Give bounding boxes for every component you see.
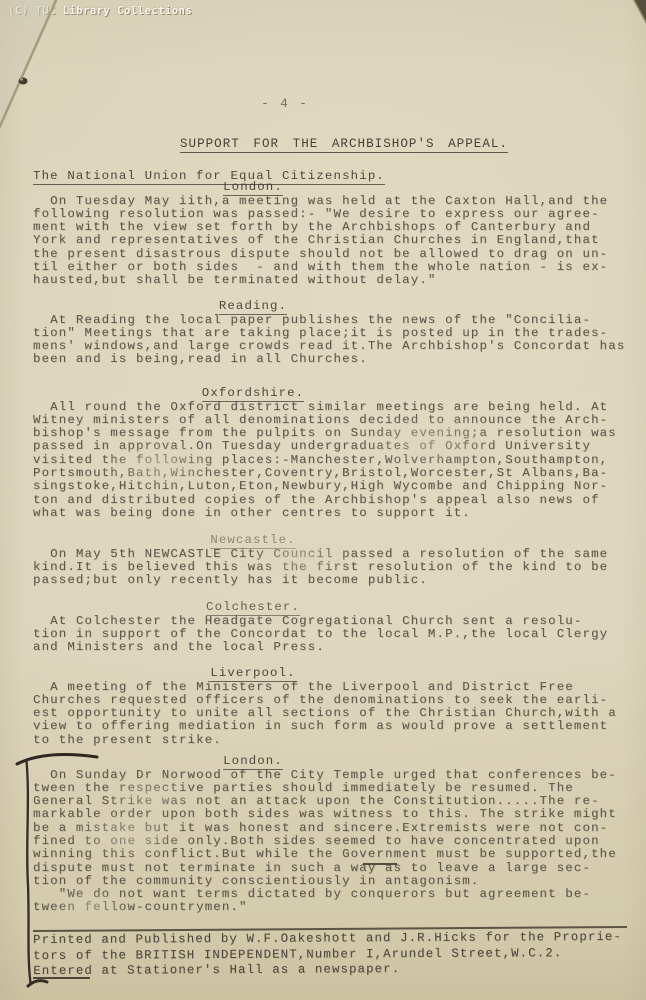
section-body: At Colchester the Headgate Cogregational… [33, 615, 633, 655]
page-number: - 4 - [0, 97, 570, 111]
pen-bracket-hook [28, 981, 47, 986]
section-body: On Sunday Dr Norwood of the City Temple … [33, 769, 633, 915]
page-corner-edge [633, 0, 646, 24]
section-newcastle: Newcastle. On May 5th NEWCASTLE City Cou… [33, 533, 633, 587]
pen-bracket-side [27, 761, 31, 983]
section-body: On Tuesday May iith,a meeting was held a… [33, 195, 633, 288]
section-heading: London. [33, 754, 473, 769]
fold-crease-line [0, 0, 57, 133]
page-corner-gap [634, 0, 646, 22]
section-heading: Oxfordshire. [33, 386, 473, 401]
section-heading: Newcastle. [33, 533, 473, 548]
section-london-2: London. On Sunday Dr Norwood of the City… [33, 754, 633, 915]
typed-underline-entered [33, 977, 90, 979]
pin-mark-highlight [20, 78, 23, 80]
section-heading: Reading. [33, 299, 473, 314]
section-heading: Liverpool. [33, 666, 473, 681]
imprint-footer: Printed and Published by W.F.Oakeshott a… [33, 930, 622, 980]
section-oxfordshire: Oxfordshire. All round the Oxford distri… [33, 386, 633, 520]
document-title-text: SUPPORT FOR THE ARCHBISHOP'S APPEAL. [180, 137, 508, 153]
scanned-document-page: (C) TUC Library Collections - 4 - SUPPOR… [0, 0, 646, 1000]
document-title: SUPPORT FOR THE ARCHBISHOP'S APPEAL. [38, 134, 646, 152]
section-london-1: London. On Tuesday May iith,a meeting wa… [33, 180, 633, 288]
section-body: At Reading the local paper publishes the… [33, 314, 633, 367]
section-body: A meeting of the Ministers of the Liverp… [33, 681, 633, 747]
section-reading: Reading. At Reading the local paper publ… [33, 299, 633, 367]
section-body: All round the Oxford district similar me… [33, 401, 633, 521]
section-body: On May 5th NEWCASTLE City Council passed… [33, 548, 633, 588]
section-heading: London. [33, 180, 473, 195]
typed-underline-must [363, 863, 397, 865]
pin-mark [19, 78, 28, 85]
section-liverpool: Liverpool. A meeting of the Ministers of… [33, 666, 633, 747]
section-heading: Colchester. [33, 600, 473, 615]
section-colchester: Colchester. At Colchester the Headgate C… [33, 600, 633, 654]
watermark-text: (C) TUC Library Collections [8, 5, 192, 17]
